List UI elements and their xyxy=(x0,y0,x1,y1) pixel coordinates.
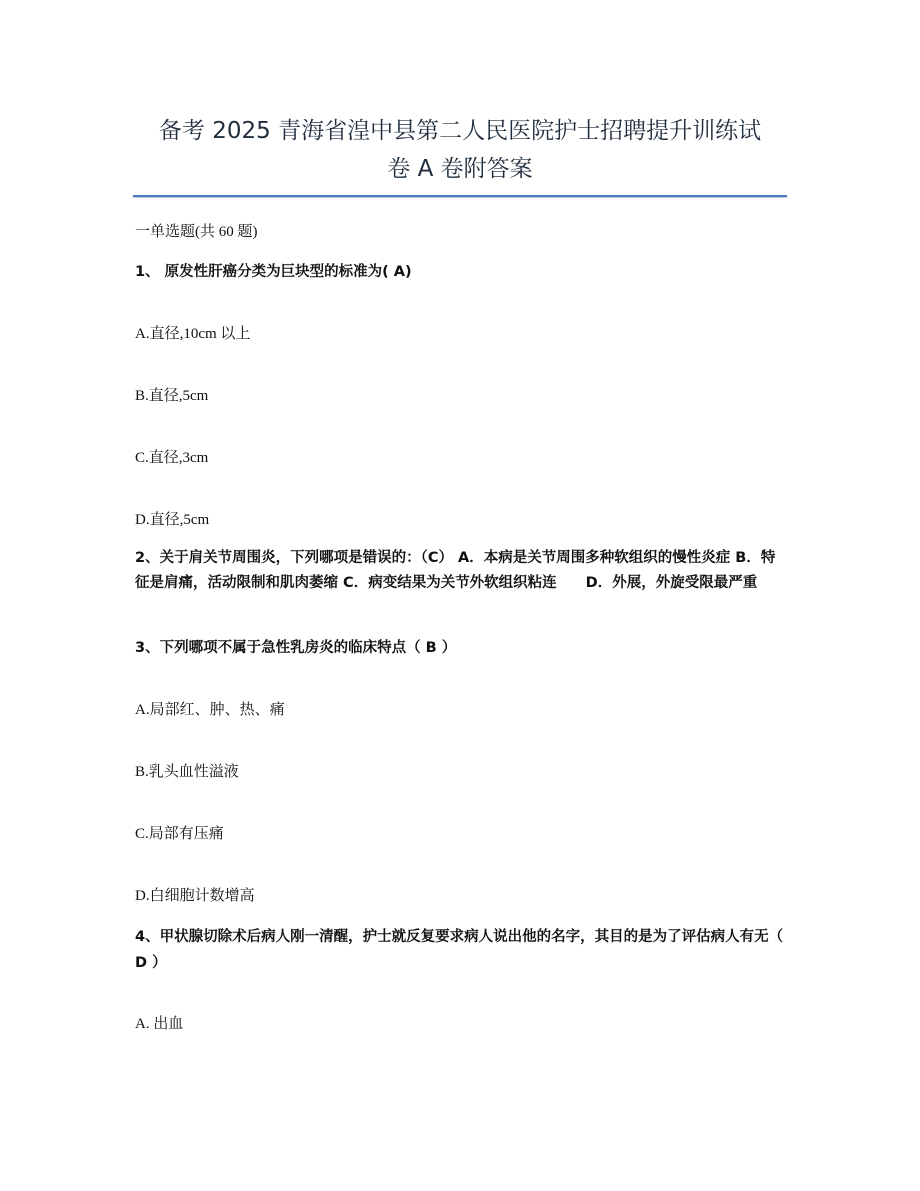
question-3-option-c: C.局部有压痛 xyxy=(135,824,224,844)
document-title: 备考 2025 青海省湟中县第二人民医院护士招聘提升训练试 卷 A 卷附答案 xyxy=(133,112,787,188)
document-page: 备考 2025 青海省湟中县第二人民医院护士招聘提升训练试 卷 A 卷附答案 一… xyxy=(0,0,920,1191)
title-divider xyxy=(133,195,787,198)
question-1-option-c: C.直径,3cm xyxy=(135,448,208,468)
question-1-stem: 1、 原发性肝癌分类为巨块型的标准为( A) xyxy=(135,259,785,285)
title-line-1: 备考 2025 青海省湟中县第二人民医院护士招聘提升训练试 xyxy=(133,112,787,150)
question-1-option-d: D.直径,5cm xyxy=(135,510,209,530)
question-4-option-a: A. 出血 xyxy=(135,1014,183,1034)
section-heading: 一单选题(共 60 题) xyxy=(135,222,258,242)
question-3-option-d: D.白细胞计数增高 xyxy=(135,886,255,906)
question-2-stem: 2、关于肩关节周围炎，下列哪项是错误的：（C） A．本病是关节周围多种软组织的慢… xyxy=(135,546,785,596)
question-3-option-b: B.乳头血性溢液 xyxy=(135,762,239,782)
question-1-option-b: B.直径,5cm xyxy=(135,386,208,406)
question-3-option-a: A.局部红、肿、热、痛 xyxy=(135,700,285,720)
question-3-stem: 3、下列哪项不属于急性乳房炎的临床特点（ B ） xyxy=(135,635,785,661)
question-4-stem: 4、甲状腺切除术后病人刚一清醒，护士就反复要求病人说出他的名字，其目的是为了评估… xyxy=(135,924,785,976)
question-1-option-a: A.直径,10cm 以上 xyxy=(135,324,250,344)
title-line-2: 卷 A 卷附答案 xyxy=(133,150,787,188)
